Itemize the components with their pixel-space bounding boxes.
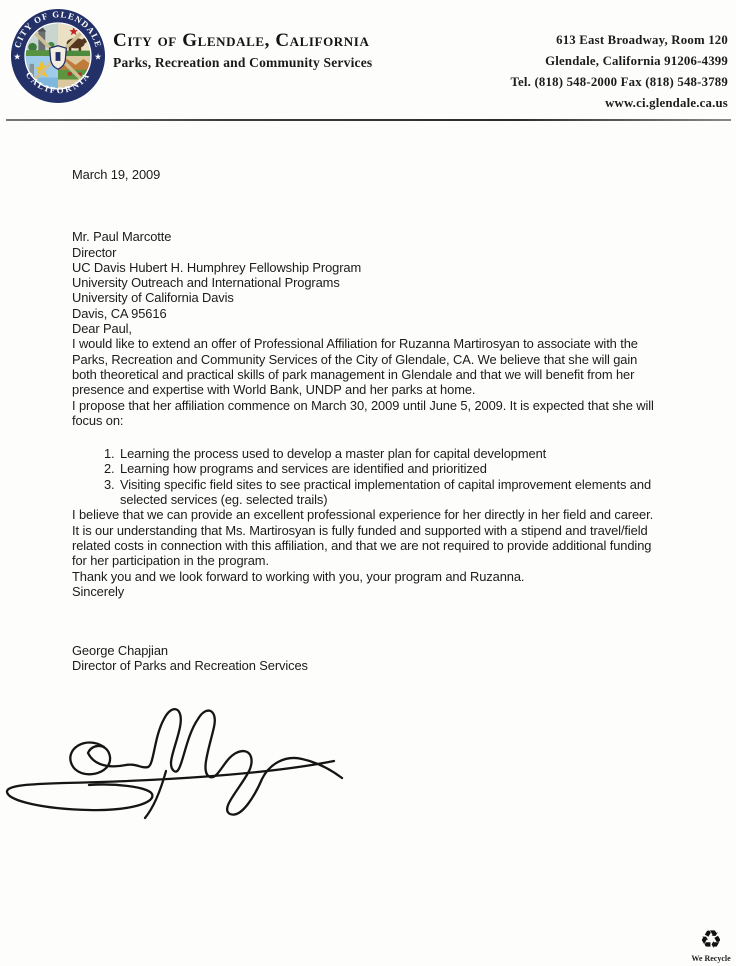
focus-list: Learning the process used to develop a m… <box>72 446 660 507</box>
seal-star-left-icon: ★ <box>13 51 20 61</box>
focus-list-item: Visiting specific field sites to see pra… <box>118 477 660 508</box>
signer-block: George Chapjian Director of Parks and Re… <box>72 643 660 674</box>
closing: Sincerely <box>72 584 660 599</box>
recipient-line: University of California Davis <box>72 290 660 305</box>
org-department: Parks, Recreation and Community Services <box>113 55 372 71</box>
paragraph: I would like to extend an offer of Profe… <box>72 336 660 397</box>
recipient-line: Davis, CA 95616 <box>72 306 660 321</box>
recipient-line: University Outreach and International Pr… <box>72 275 660 290</box>
paragraph: Thank you and we look forward to working… <box>72 569 660 584</box>
recipient-line: UC Davis Hubert H. Humphrey Fellowship P… <box>72 260 660 275</box>
contact-address-line1: 613 East Broadway, Room 120 <box>510 30 728 51</box>
paragraph: I propose that her affiliation commence … <box>72 398 660 429</box>
letterhead: CITY OF GLENDALE CALIFORNIA ★ ★ City of … <box>0 0 736 124</box>
signer-name: George Chapjian <box>72 643 660 658</box>
city-of-glendale-seal-icon: CITY OF GLENDALE CALIFORNIA ★ ★ <box>9 7 107 105</box>
org-block: City of Glendale, California Parks, Recr… <box>113 30 372 71</box>
recycle-block: ♻ We Recycle <box>691 927 731 963</box>
paragraph: I believe that we can provide an excelle… <box>72 507 660 522</box>
letter-date: March 19, 2009 <box>72 167 660 182</box>
recipient-line: Director <box>72 245 660 260</box>
salutation: Dear Paul, <box>72 321 660 336</box>
recycle-icon: ♻ <box>691 927 731 953</box>
recipient-block: Mr. Paul Marcotte Director UC Davis Hube… <box>72 229 660 321</box>
recipient-line: Mr. Paul Marcotte <box>72 229 660 244</box>
contact-address-line2: Glendale, California 91206-4399 <box>510 51 728 72</box>
header-divider <box>6 119 731 121</box>
signer-title: Director of Parks and Recreation Service… <box>72 658 660 673</box>
seal-star-right-icon: ★ <box>94 51 101 61</box>
signature-scribble <box>4 697 349 825</box>
recycle-label: We Recycle <box>691 954 731 963</box>
paragraph: It is our understanding that Ms. Martiro… <box>72 523 660 569</box>
focus-list-item: Learning the process used to develop a m… <box>118 446 660 461</box>
contact-phone-fax: Tel. (818) 548-2000 Fax (818) 548-3789 <box>510 72 728 93</box>
contact-block: 613 East Broadway, Room 120 Glendale, Ca… <box>510 30 728 114</box>
org-name: City of Glendale, California <box>113 30 372 52</box>
contact-website: www.ci.glendale.ca.us <box>510 93 728 114</box>
letter-body: March 19, 2009 Mr. Paul Marcotte Directo… <box>72 167 660 674</box>
focus-list-item: Learning how programs and services are i… <box>118 461 660 476</box>
